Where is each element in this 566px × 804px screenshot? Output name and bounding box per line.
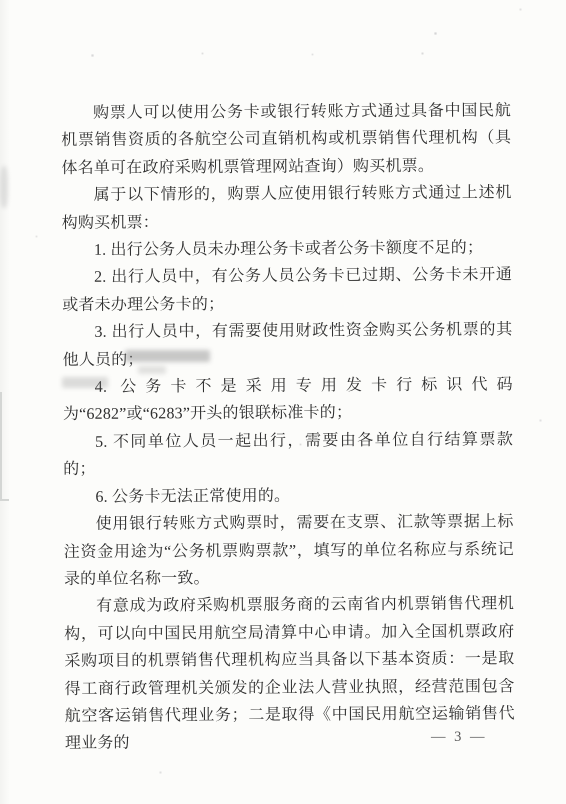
scan-edge-smudge: [0, 166, 8, 208]
list-item-3: 3. 出行人员中，有需要使用财政性资金购买公务机票的其他人员的；: [62, 316, 512, 374]
list-item-1: 1. 出行公务人员未办理公务卡或者公务卡额度不足的；: [62, 234, 512, 264]
list-item-2: 2. 出行人员中，有公务人员公务卡已过期、公务卡未开通或者未办理公务卡的；: [62, 262, 512, 320]
paragraph-purchase-channels: 购票人可以使用公务卡或银行转账方式通过具备中国民航机票销售资质的各航空公司直销机…: [61, 97, 511, 182]
scan-edge-tick: [0, 499, 9, 501]
scan-noise-specks: [0, 0, 1, 1]
scanned-document-page: 购票人可以使用公务卡或银行转账方式通过具备中国民航机票销售资质的各航空公司直销机…: [0, 0, 566, 804]
page-number: — 3 —: [431, 729, 487, 746]
scan-edge-line: [0, 392, 2, 500]
document-body: 购票人可以使用公务卡或银行转账方式通过具备中国民航机票销售资质的各航空公司直销机…: [61, 97, 515, 757]
list-item-6: 6. 公务卡无法正常使用的。: [63, 481, 513, 511]
paragraph-remittance-note: 使用银行转账方式购票时，需要在支票、汇款等票据上标注资金用途为“公务机票购票款”…: [64, 508, 514, 593]
list-item-5: 5. 不同单位人员一起出行，需要由各单位自行结算票款的；: [63, 426, 513, 484]
list-item-4: 4. 公务卡不是采用专用发卡行标识代码为“6282”或“6283”开头的银联标准…: [63, 371, 513, 429]
paragraph-transfer-cases-lead: 属于以下情形的，购票人应使用银行转账方式通过上述机构购买机票：: [62, 179, 512, 237]
